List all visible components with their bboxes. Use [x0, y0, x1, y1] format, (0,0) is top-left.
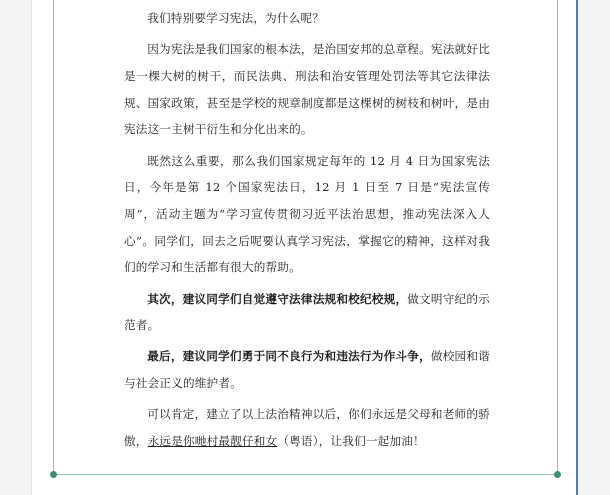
underlined-text-run: 永远是你哋村最靓仔和女 [148, 434, 278, 448]
text-run: 因为宪法是我们国家的根本法，是治国安邦的总章程。宪法就好比是一棵大树的树干，而民… [124, 42, 490, 136]
paragraph-1: 我们特别要学习宪法，为什么呢？ [124, 5, 490, 32]
bold-text-run: 其次，建议同学们自觉遵守法律法规和校纪校规， [147, 292, 407, 306]
text-run: 既然这么重要，那么我们国家规定每年的 12 月 4 日为国家宪法日，今年是第 1… [124, 154, 490, 275]
document-body[interactable]: 我们特别要学习宪法，为什么呢？ 因为宪法是我们国家的根本法，是治国安邦的总章程。… [124, 5, 490, 459]
paragraph-6: 可以肯定，建立了以上法治精神以后，你们永远是父母和老师的骄傲，永远是你哋村最靓仔… [124, 401, 490, 454]
paragraph-4: 其次，建议同学们自觉遵守法律法规和校纪校规，做文明守纪的示范者。 [124, 286, 490, 339]
paragraph-3: 既然这么重要，那么我们国家规定每年的 12 月 4 日为国家宪法日，今年是第 1… [124, 148, 490, 282]
resize-handle-bottom-left[interactable] [50, 471, 57, 478]
text-run: 我们特别要学习宪法，为什么呢？ [147, 11, 324, 25]
bold-text-run: 最后，建议同学们勇于同不良行为和违法行为作斗争， [147, 349, 431, 363]
resize-handle-bottom-right[interactable] [554, 471, 561, 478]
paragraph-2: 因为宪法是我们国家的根本法，是治国安邦的总章程。宪法就好比是一棵大树的树干，而民… [124, 36, 490, 143]
paragraph-5: 最后，建议同学们勇于同不良行为和违法行为作斗争，做校园和谐与社会正义的维护者。 [124, 343, 490, 396]
text-run: （粤语），让我们一起加油！ [277, 434, 425, 448]
document-page: 我们特别要学习宪法，为什么呢？ 因为宪法是我们国家的根本法，是治国安邦的总章程。… [31, 0, 578, 495]
